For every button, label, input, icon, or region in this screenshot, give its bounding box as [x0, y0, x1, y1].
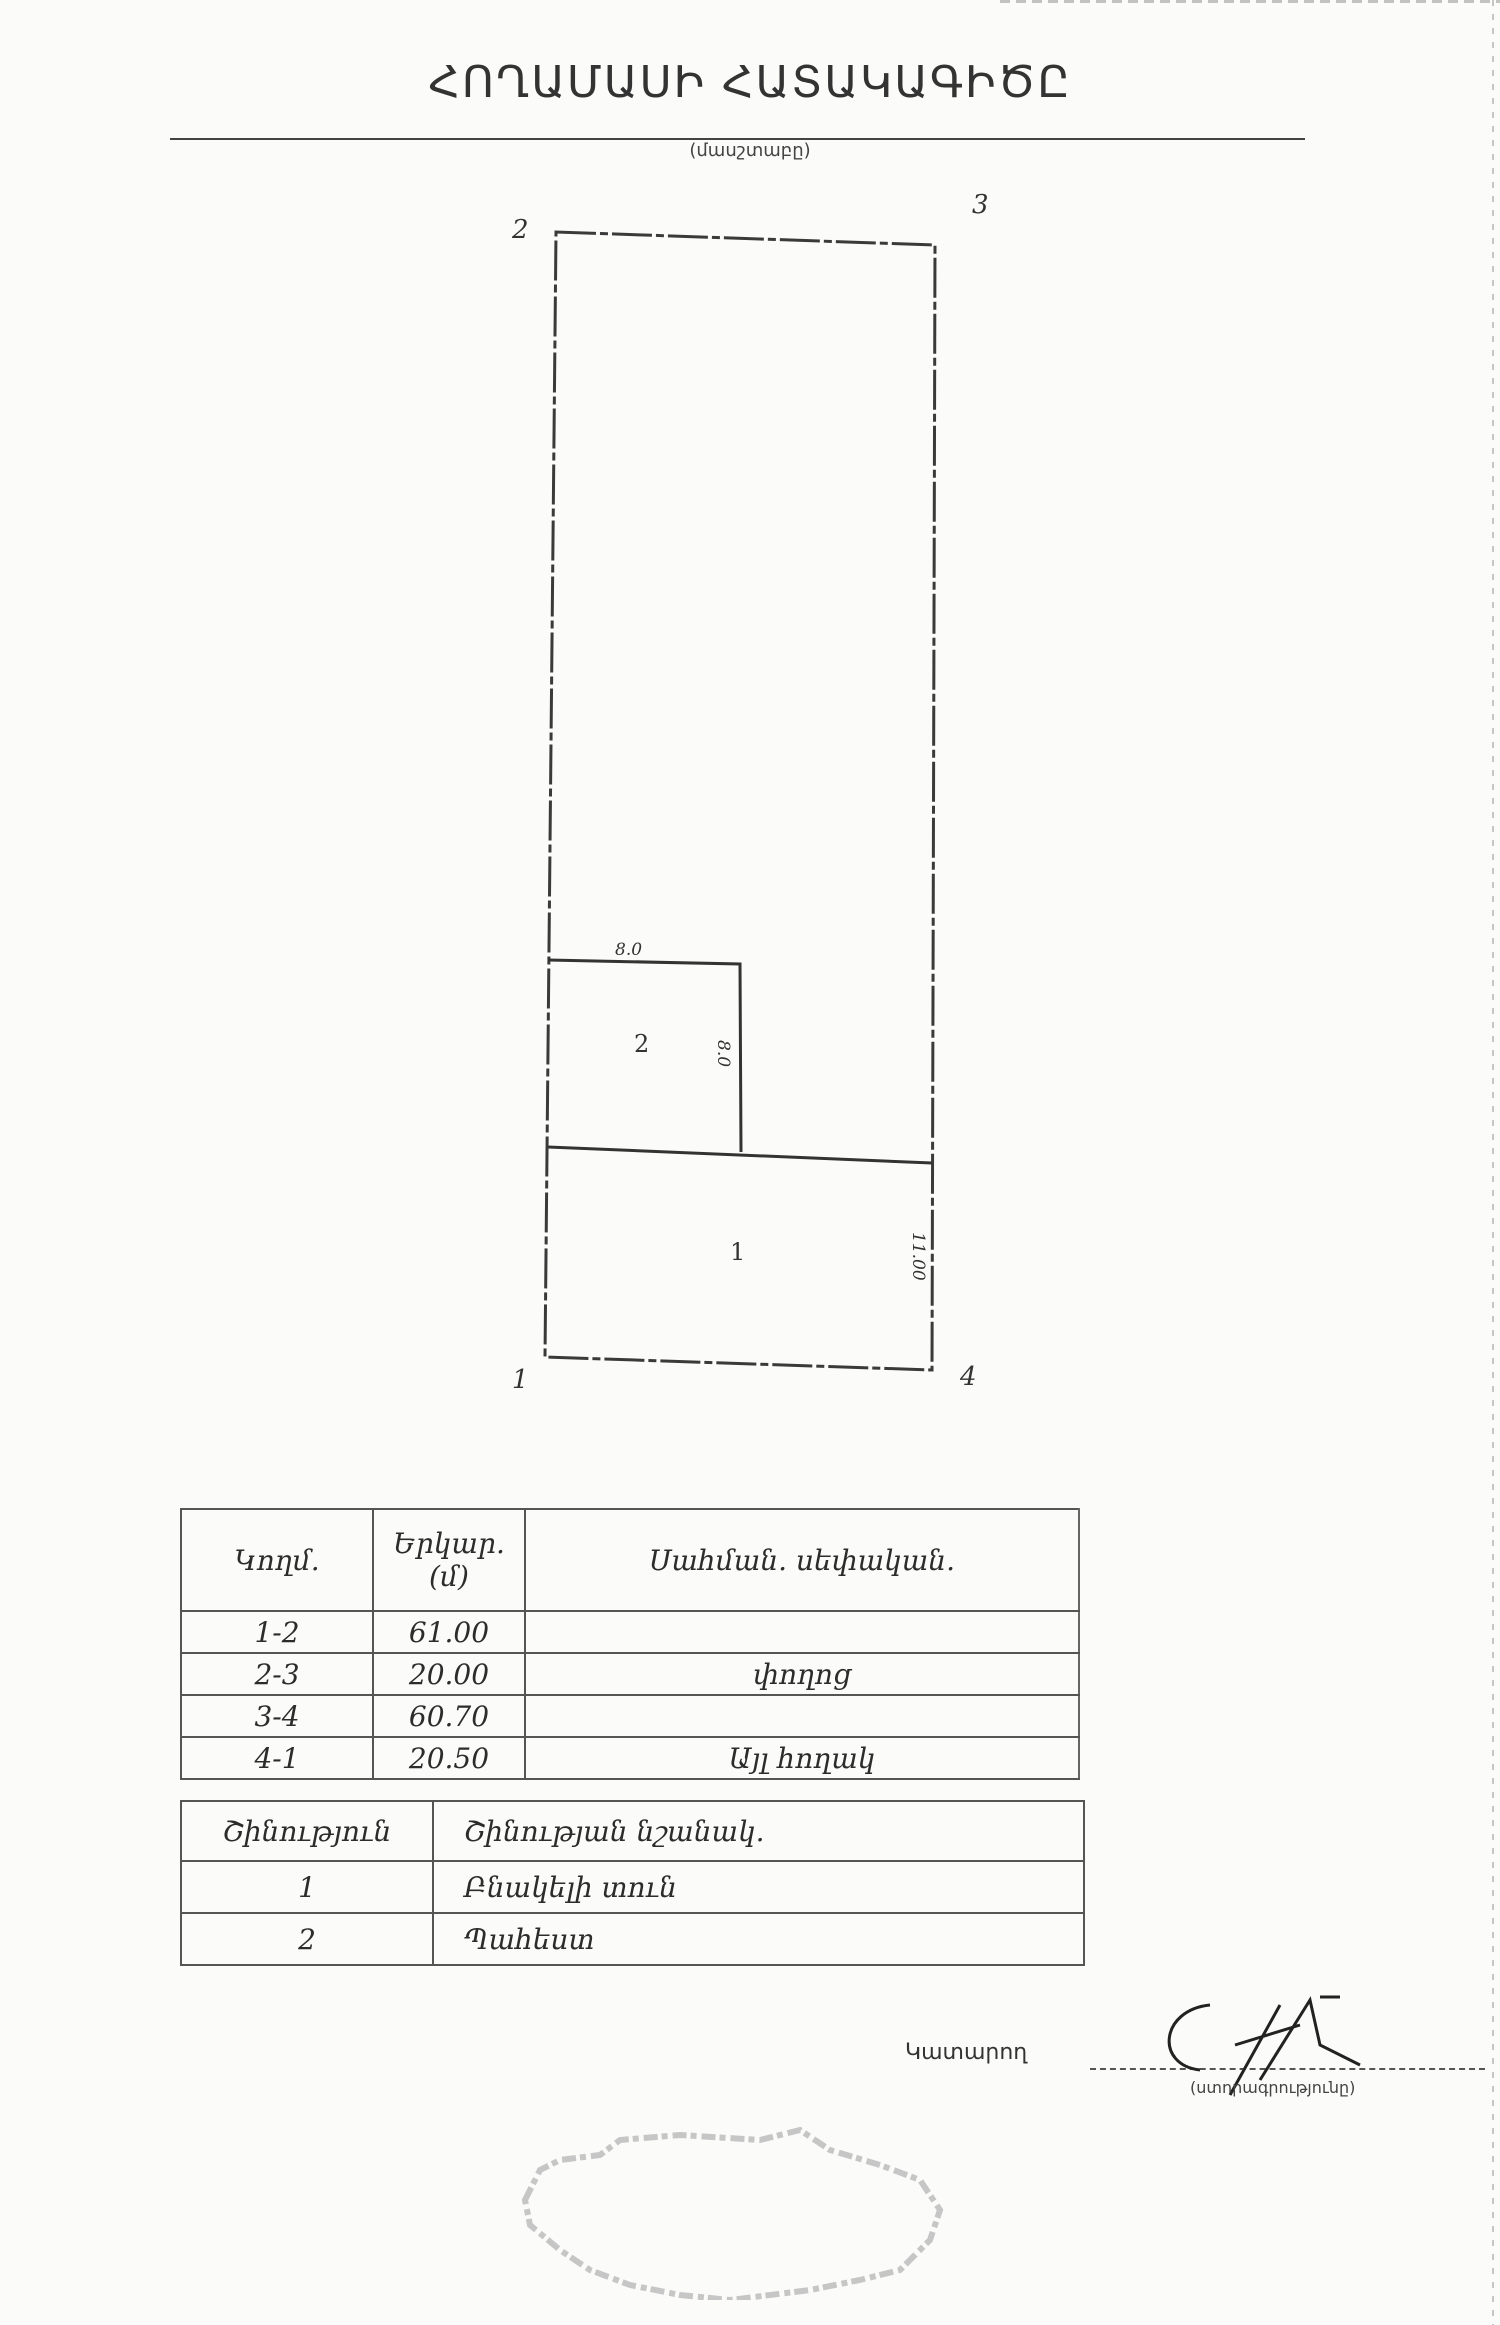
cell-length: 60.70	[373, 1695, 525, 1737]
cell-side: 3-4	[181, 1695, 373, 1737]
plot-boundary	[545, 232, 935, 1370]
building-label-2: 2	[634, 1030, 649, 1058]
executor-label: Կատարող	[905, 2040, 1027, 2065]
corner-label-2: 2	[512, 215, 529, 245]
cell-neighbor	[525, 1611, 1079, 1653]
header-neighbors: Սահման. սեփական.	[525, 1509, 1079, 1611]
table-row: 1-2 61.00	[181, 1611, 1079, 1653]
header-side: Կողմ.	[181, 1509, 373, 1611]
signature-caption: (ստորագրությունը)	[1190, 2078, 1355, 2097]
table-row: 3-4 60.70	[181, 1695, 1079, 1737]
header-building-number: Շինություն	[181, 1801, 433, 1861]
table-row: 2 Պահեստ	[181, 1913, 1084, 1965]
plot-plan-drawing	[0, 0, 1500, 1450]
cell-building-number: 1	[181, 1861, 433, 1913]
table-header-row: Շինություն Շինության նշանակ.	[181, 1801, 1084, 1861]
corner-label-4: 4	[960, 1362, 977, 1392]
cell-side: 2-3	[181, 1653, 373, 1695]
cell-building-purpose: Պահեստ	[433, 1913, 1084, 1965]
table-header-row: Կողմ. Երկար. (մ) Սահման. սեփական.	[181, 1509, 1079, 1611]
header-length: Երկար. (մ)	[373, 1509, 525, 1611]
cell-building-number: 2	[181, 1913, 433, 1965]
header-building-purpose: Շինության նշանակ.	[433, 1801, 1084, 1861]
building-2-depth-dimension: 8.0	[713, 1040, 733, 1067]
stamp-icon	[480, 2100, 1040, 2300]
cell-building-purpose: Բնակելի տուն	[433, 1861, 1084, 1913]
corner-label-1: 1	[512, 1365, 529, 1395]
cell-length: 20.50	[373, 1737, 525, 1779]
buildings-table: Շինություն Շինության նշանակ. 1 Բնակելի տ…	[180, 1800, 1085, 1966]
cell-side: 4-1	[181, 1737, 373, 1779]
cell-neighbor	[525, 1695, 1079, 1737]
table-row: 1 Բնակելի տուն	[181, 1861, 1084, 1913]
cell-neighbor: փողոց	[525, 1653, 1079, 1695]
table-row: 2-3 20.00 փողոց	[181, 1653, 1079, 1695]
boundary-sides-table: Կողմ. Երկար. (մ) Սահման. սեփական. 1-2 61…	[180, 1508, 1080, 1780]
building-1-dimension: 11.00	[908, 1232, 928, 1281]
table-row: 4-1 20.50 Այլ հողակ	[181, 1737, 1079, 1779]
cell-side: 1-2	[181, 1611, 373, 1653]
building-2-width-dimension: 8.0	[615, 940, 642, 960]
building-label-1: 1	[730, 1238, 745, 1266]
cell-length: 61.00	[373, 1611, 525, 1653]
cell-neighbor: Այլ հողակ	[525, 1737, 1079, 1779]
cell-length: 20.00	[373, 1653, 525, 1695]
corner-label-3: 3	[972, 190, 989, 220]
